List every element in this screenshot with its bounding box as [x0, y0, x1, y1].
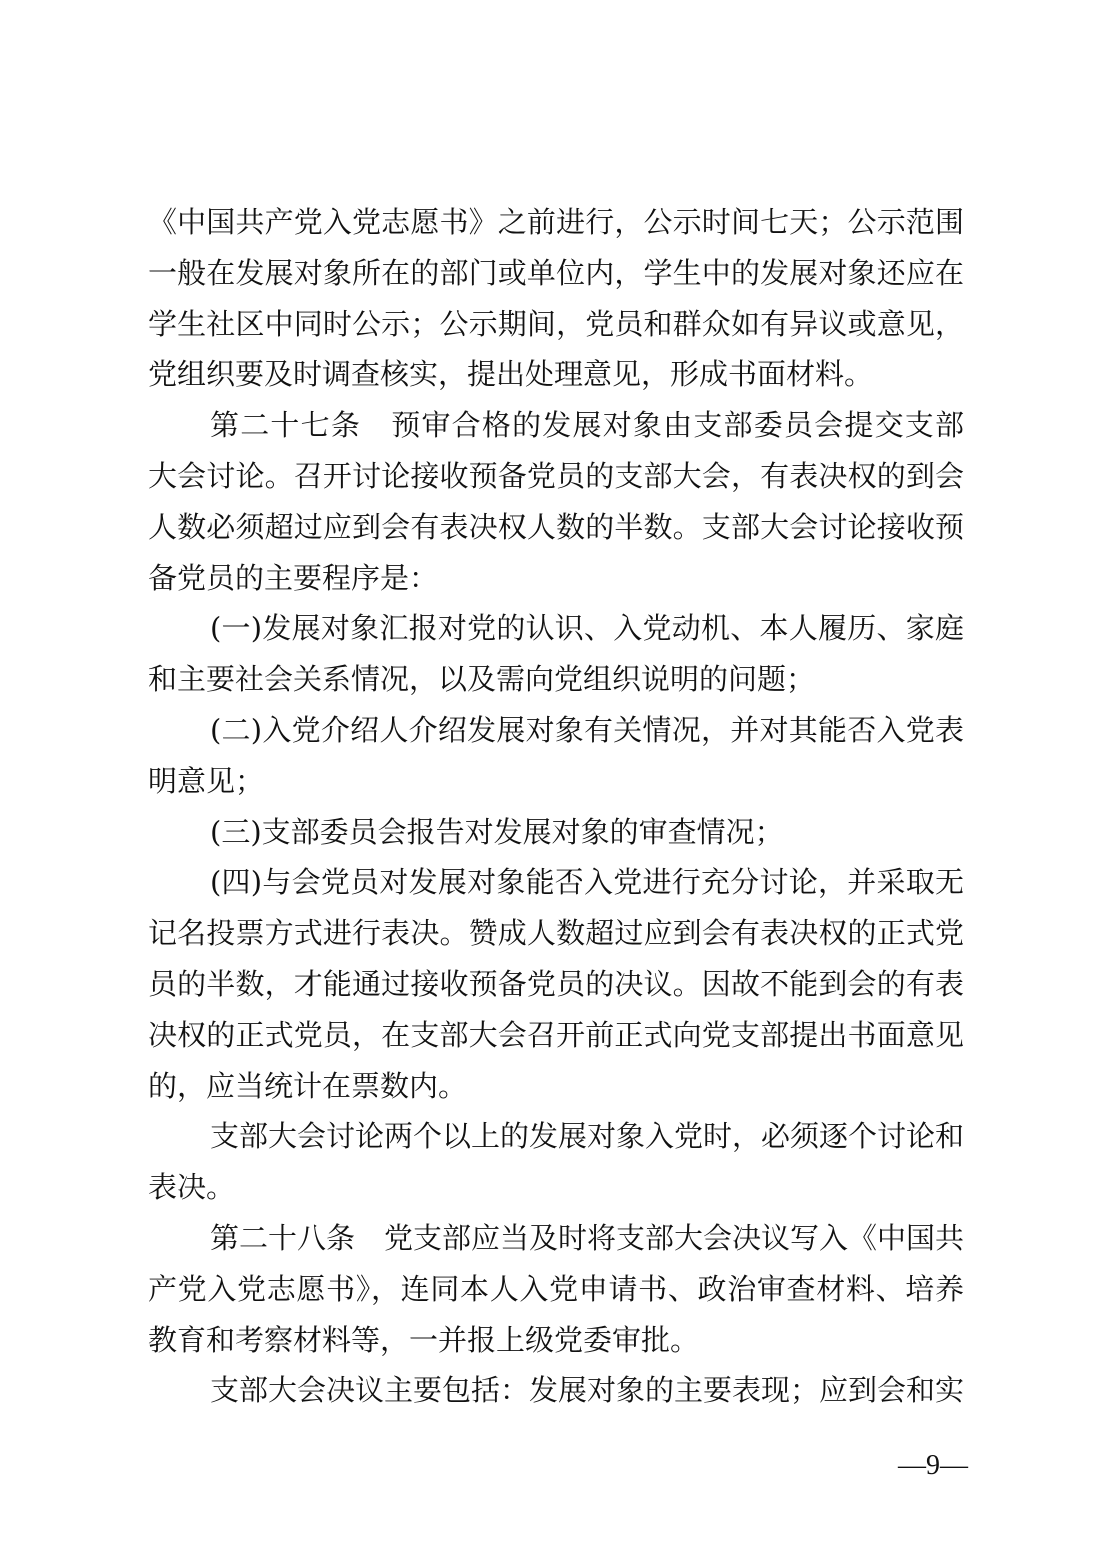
text-line: 学生社区中同时公示；公示期间，党员和群众如有异议或意见， — [148, 299, 964, 350]
list-item-1: (一)发展对象汇报对党的认识、入党动机、本人履历、家庭 — [148, 603, 964, 654]
article-28-heading-line: 第二十八条 党支部应当及时将支部大会决议写入《中国共 — [148, 1213, 964, 1264]
page-number: —9— — [898, 1449, 978, 1483]
text-line: 人数必须超过应到会有表决权人数的半数。支部大会讨论接收预 — [148, 502, 964, 553]
paragraph-line: 支部大会讨论两个以上的发展对象入党时，必须逐个讨论和 — [148, 1111, 964, 1162]
body-text: 《中国共产党入党志愿书》之前进行，公示时间七天；公示范围 一般在发展对象所在的部… — [148, 197, 964, 1416]
text-line: 记名投票方式进行表决。赞成人数超过应到会有表决权的正式党 — [148, 908, 964, 959]
text-line: 决权的正式党员，在支部大会召开前正式向党支部提出书面意见 — [148, 1010, 964, 1061]
list-item-2: (二)入党介绍人介绍发展对象有关情况，并对其能否入党表 — [148, 705, 964, 756]
text-line: 的，应当统计在票数内。 — [148, 1061, 964, 1112]
text-line: 教育和考察材料等，一并报上级党委审批。 — [148, 1315, 964, 1366]
list-item-4: (四)与会党员对发展对象能否入党进行充分讨论，并采取无 — [148, 857, 964, 908]
text-line: 《中国共产党入党志愿书》之前进行，公示时间七天；公示范围 — [148, 197, 964, 248]
document-page: 《中国共产党入党志愿书》之前进行，公示时间七天；公示范围 一般在发展对象所在的部… — [0, 0, 1102, 1559]
text-line: 和主要社会关系情况，以及需向党组织说明的问题； — [148, 654, 964, 705]
text-line: 表决。 — [148, 1162, 964, 1213]
text-line: 明意见； — [148, 756, 964, 807]
list-item-3: (三)支部委员会报告对发展对象的审查情况； — [148, 807, 964, 858]
text-line: 备党员的主要程序是： — [148, 553, 964, 604]
article-27-heading-line: 第二十七条 预审合格的发展对象由支部委员会提交支部 — [148, 400, 964, 451]
text-line: 大会讨论。召开讨论接收预备党员的支部大会，有表决权的到会 — [148, 451, 964, 502]
text-line: 产党入党志愿书》，连同本人入党申请书、政治审查材料、培养 — [148, 1264, 964, 1315]
text-line: 党组织要及时调查核实，提出处理意见，形成书面材料。 — [148, 349, 964, 400]
text-line: 一般在发展对象所在的部门或单位内，学生中的发展对象还应在 — [148, 248, 964, 299]
text-line: 员的半数，才能通过接收预备党员的决议。因故不能到会的有表 — [148, 959, 964, 1010]
paragraph-line: 支部大会决议主要包括：发展对象的主要表现；应到会和实 — [148, 1365, 964, 1416]
